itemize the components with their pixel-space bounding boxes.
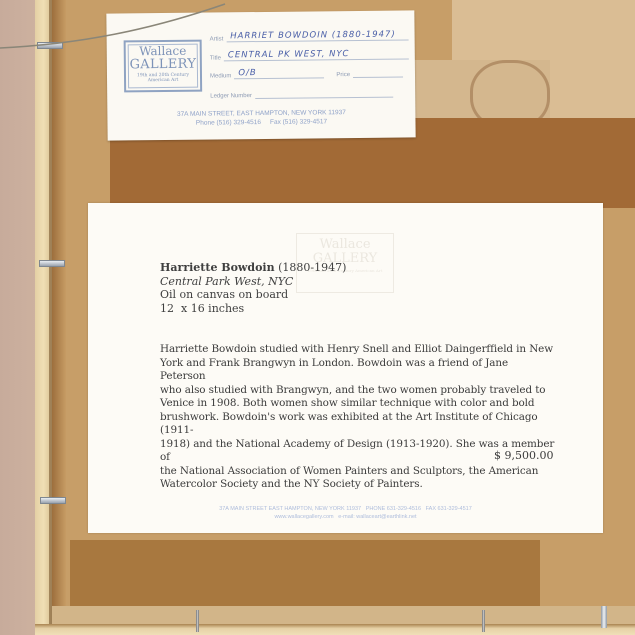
artist-dates: (1880-1947) bbox=[275, 261, 347, 274]
frame-nail bbox=[196, 610, 199, 632]
logo-tagline: American Art bbox=[129, 78, 197, 84]
board-bottom-edge bbox=[52, 606, 635, 624]
gallery-logo: Wallace GALLERY 19th and 20th Century Am… bbox=[124, 40, 203, 93]
price-line bbox=[353, 68, 403, 79]
field-label: Medium bbox=[210, 73, 231, 79]
artist-field: Artist HARRIET BOWDOIN (1880-1947) bbox=[210, 30, 409, 42]
ledger-field: Ledger Number bbox=[210, 88, 393, 100]
card-footer: 37A MAIN STREET EAST HAMPTON, NEW YORK 1… bbox=[88, 505, 603, 521]
handwritten-medium: O/B bbox=[238, 68, 256, 78]
retaining-clip bbox=[40, 497, 66, 504]
artist-biography: Harriette Bowdoin studied with Henry Sne… bbox=[160, 343, 555, 492]
field-label: Price bbox=[336, 72, 350, 78]
artwork-medium: Oil on canvas on board bbox=[160, 288, 346, 302]
label-address: 37A MAIN STREET, EAST HAMPTON, NEW YORK … bbox=[107, 107, 415, 128]
frame-nail bbox=[482, 610, 485, 632]
medium-field: Medium O/B Price bbox=[210, 68, 403, 80]
frame-gap bbox=[49, 0, 52, 635]
ledger-line bbox=[255, 88, 393, 99]
description-card: Wallace GALLERY 19th and 20th Century Am… bbox=[88, 203, 603, 533]
field-label: Ledger Number bbox=[210, 93, 252, 99]
logo-line2: GALLERY bbox=[129, 58, 197, 72]
title-field: Title CENTRAL PK WEST, NYC bbox=[210, 49, 409, 61]
watermark-line1: Wallace bbox=[297, 238, 393, 252]
tape-strip-lower bbox=[70, 540, 540, 606]
artwork-title: Central Park West, NYC bbox=[160, 275, 346, 289]
handwritten-artist: HARRIET BOWDOIN (1880-1947) bbox=[230, 30, 396, 42]
artist-name: Harriette Bowdoin bbox=[160, 261, 275, 274]
footer-address: 37A MAIN STREET EAST HAMPTON, NEW YORK 1… bbox=[88, 505, 603, 513]
wall-background bbox=[0, 0, 36, 635]
artwork-price: $ 9,500.00 bbox=[494, 449, 553, 462]
artwork-dimensions: 12 x 16 inches bbox=[160, 302, 346, 316]
field-label: Artist bbox=[210, 36, 224, 42]
gallery-label: Wallace GALLERY 19th and 20th Century Am… bbox=[106, 10, 415, 140]
board-edge-shadow bbox=[52, 0, 66, 624]
phone-line: Phone (516) 329-4516 Fax (516) 329-4517 bbox=[107, 116, 415, 128]
footer-web: www.wallacegallery.com e-mail: wallacear… bbox=[88, 513, 603, 521]
artwork-info: Harriette Bowdoin (1880-1947) Central Pa… bbox=[160, 261, 346, 315]
field-label: Title bbox=[210, 55, 221, 61]
handwritten-title: CENTRAL PK WEST, NYC bbox=[228, 49, 350, 60]
retaining-clip bbox=[601, 606, 607, 628]
retaining-clip bbox=[37, 42, 63, 49]
retaining-clip bbox=[39, 260, 65, 267]
frame-edge-bottom bbox=[35, 624, 635, 635]
